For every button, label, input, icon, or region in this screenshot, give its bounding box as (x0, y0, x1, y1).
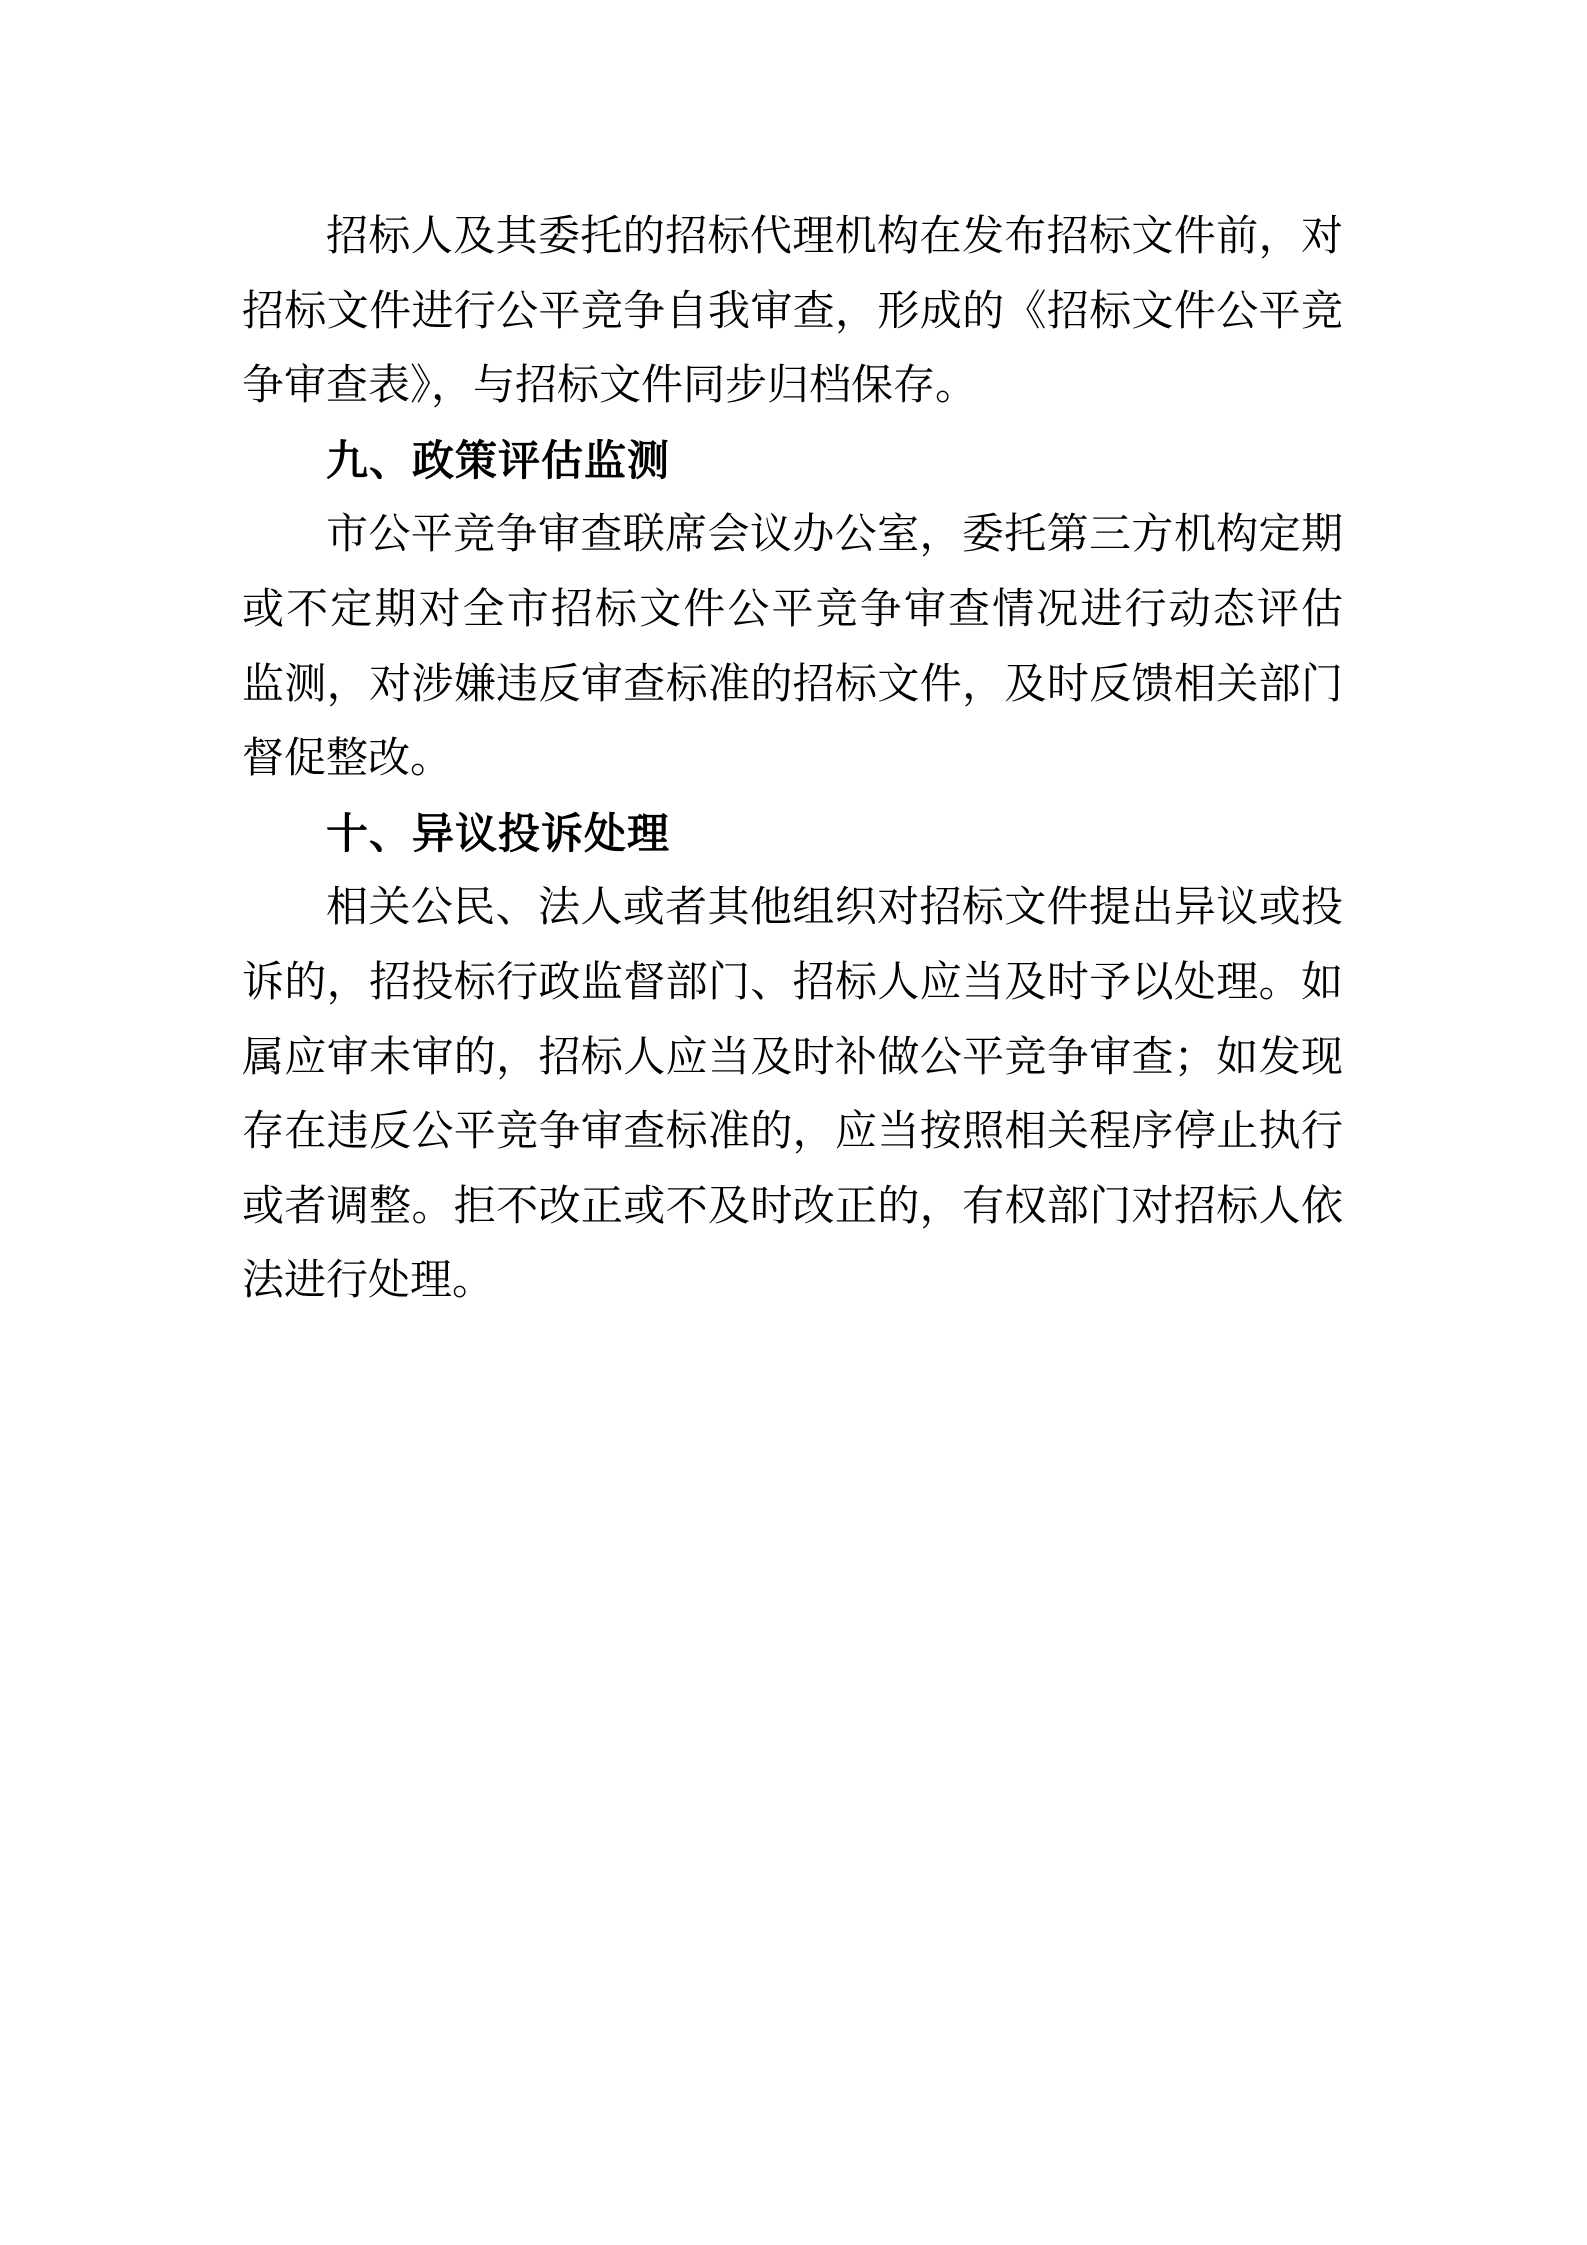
paragraph-1-line-3: 争审查表》，与招标文件同步归档保存。 (242, 349, 1343, 424)
paragraph-3-line-5: 或者调整。拒不改正或不及时改正的，有权部门对招标人依 (242, 1170, 1343, 1245)
section-heading-10: 十、异议投诉处理 (242, 797, 1343, 872)
document-page: 招标人及其委托的招标代理机构在发布招标文件前，对 招标文件进行公平竞争自我审查，… (0, 0, 1587, 2245)
paragraph-1-line-1: 招标人及其委托的招标代理机构在发布招标文件前，对 (242, 200, 1343, 275)
paragraph-3-line-2: 诉的，招投标行政监督部门、招标人应当及时予以处理。如 (242, 946, 1343, 1021)
paragraph-3-line-6: 法进行处理。 (242, 1244, 1343, 1319)
paragraph-2-line-1: 市公平竞争审查联席会议办公室，委托第三方机构定期 (242, 498, 1343, 573)
section-heading-9: 九、政策评估监测 (242, 424, 1343, 499)
paragraph-3-line-1: 相关公民、法人或者其他组织对招标文件提出异议或投 (242, 871, 1343, 946)
paragraph-1-line-2: 招标文件进行公平竞争自我审查，形成的《招标文件公平竞 (242, 275, 1343, 350)
paragraph-2-line-2: 或不定期对全市招标文件公平竞争审查情况进行动态评估 (242, 573, 1343, 648)
paragraph-2-line-4: 督促整改。 (242, 722, 1343, 797)
paragraph-3-line-4: 存在违反公平竞争审查标准的，应当按照相关程序停止执行 (242, 1095, 1343, 1170)
paragraph-2-line-3: 监测，对涉嫌违反审查标准的招标文件，及时反馈相关部门 (242, 648, 1343, 723)
document-text-block: 招标人及其委托的招标代理机构在发布招标文件前，对 招标文件进行公平竞争自我审查，… (242, 200, 1343, 1319)
paragraph-3-line-3: 属应审未审的，招标人应当及时补做公平竞争审查；如发现 (242, 1021, 1343, 1096)
